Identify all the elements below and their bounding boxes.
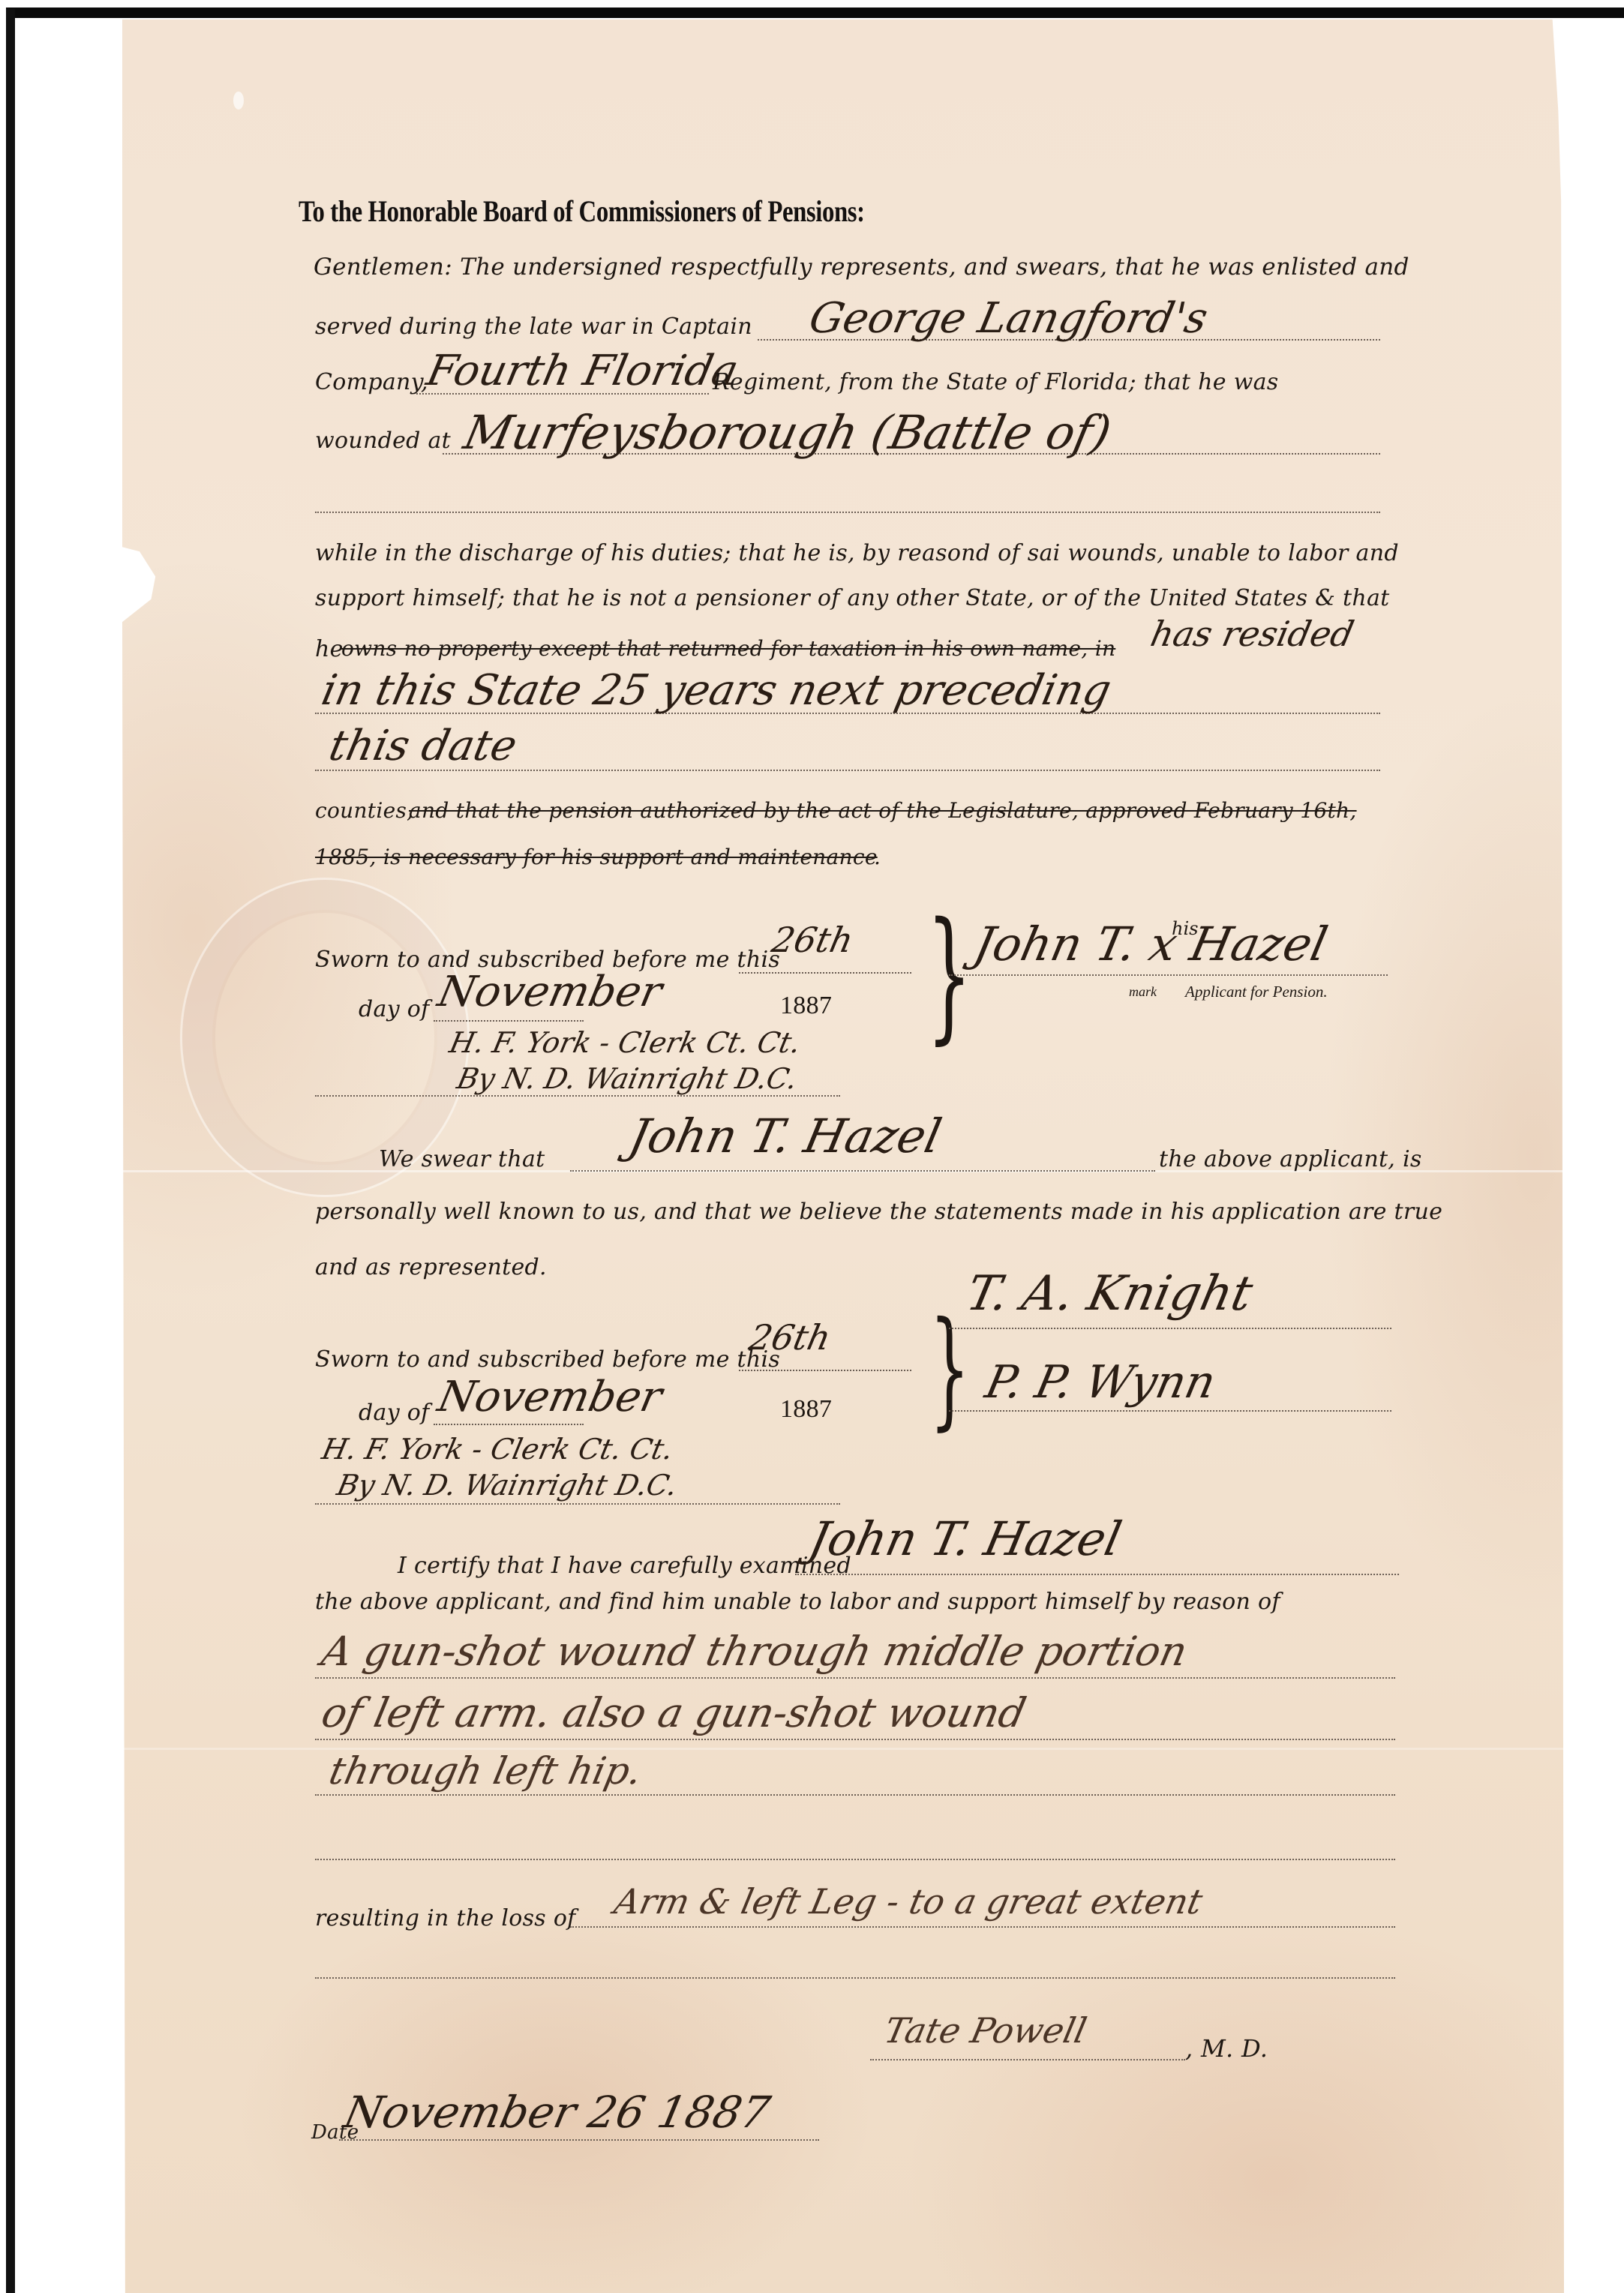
loss-rule-2 xyxy=(315,1977,1395,1979)
sworn-label-2: Sworn to and subscribed before me this xyxy=(315,1346,780,1373)
clerk-line-1a: H. F. York - Clerk Ct. Ct. xyxy=(446,1026,803,1059)
applicant-signature: John T. x Hazel xyxy=(969,917,1332,971)
regiment-label: Regiment, from the State of Florida; tha… xyxy=(713,369,1278,395)
physician-rule xyxy=(870,2059,1185,2060)
date-rule xyxy=(339,2139,819,2141)
applicant-signature-rule xyxy=(949,974,1388,976)
clerk-rule-2 xyxy=(315,1503,840,1505)
legislature-struck: and that the pension authorized by the a… xyxy=(409,798,1357,823)
month-rule-1 xyxy=(434,1020,584,1022)
clerk-line-1b: By N. D. Wainright D.C. xyxy=(454,1062,800,1095)
reason-line-1: A gun-shot wound through middle portion xyxy=(317,1628,1191,1675)
his-label: his xyxy=(1172,918,1198,939)
sworn-day-2: 26th xyxy=(746,1317,834,1358)
blank-rule xyxy=(315,512,1380,513)
unable-line: the above applicant, and find him unable… xyxy=(315,1589,1280,1615)
sworn-day-1: 26th xyxy=(768,920,857,960)
property-struck: owns no property except that returned fo… xyxy=(341,636,1115,661)
date-value: November 26 1887 xyxy=(340,2087,775,2138)
residence-value-1: has resided xyxy=(1147,614,1357,654)
above-applicant-label: the above applicant, is xyxy=(1159,1146,1422,1172)
represented-line: and as represented. xyxy=(315,1254,547,1280)
sworn-year-1: 1887 xyxy=(780,992,832,1020)
reason-line-2: of left arm. also a gun-shot wound xyxy=(317,1689,1030,1736)
day-rule-2 xyxy=(739,1370,911,1371)
regiment-value: Fourth Florida xyxy=(422,347,743,395)
sworn-month-2: November xyxy=(434,1373,666,1421)
applicant-caption: Applicant for Pension. xyxy=(1185,983,1328,1001)
period: . xyxy=(874,845,881,869)
captain-name: George Langford's xyxy=(805,294,1212,343)
witness-1-rule xyxy=(949,1328,1391,1329)
paper-hole xyxy=(233,92,244,110)
known-line: personally well known to us, and that we… xyxy=(315,1199,1442,1225)
counties-prefix: counties, xyxy=(315,798,413,823)
duties-line: while in the discharge of his duties; th… xyxy=(315,540,1399,566)
pensioner-line: support himself; that he is not a pensio… xyxy=(315,585,1390,611)
brace-2: } xyxy=(929,1305,970,1433)
mark-label: mark xyxy=(1129,984,1157,1000)
company-label: Company, xyxy=(315,369,428,395)
property-prefix: he xyxy=(315,636,344,662)
loss-label: resulting in the loss of xyxy=(315,1905,576,1931)
examined-name: John T. Hazel xyxy=(804,1511,1126,1566)
clerk-line-2b: By N. D. Wainright D.C. xyxy=(334,1469,680,1502)
witness-name-rule xyxy=(570,1170,1155,1172)
wounded-label: wounded at xyxy=(315,428,451,454)
reason-rule-4 xyxy=(315,1859,1395,1860)
witness-2-signature: P. P. Wynn xyxy=(981,1356,1220,1409)
clerk-rule-1 xyxy=(315,1095,840,1097)
loss-value: Arm & left Leg - to a great extent xyxy=(611,1881,1206,1922)
reason-rule-3 xyxy=(315,1794,1395,1796)
reason-rule-1 xyxy=(315,1677,1395,1679)
reason-rule-2 xyxy=(315,1739,1395,1740)
sworn-year-2: 1887 xyxy=(780,1395,832,1424)
md-label: , M. D. xyxy=(1185,2034,1268,2063)
scan-frame-top xyxy=(6,8,1624,18)
day-rule-1 xyxy=(739,972,911,974)
intro-line: Gentlemen: The undersigned respectfully … xyxy=(314,254,1409,281)
witness-1-signature: T. A. Knight xyxy=(962,1266,1257,1322)
day-of-label-1: day of xyxy=(359,996,430,1022)
examined-name-rule xyxy=(795,1574,1399,1575)
clerk-line-2a: H. F. York - Clerk Ct. Ct. xyxy=(319,1433,676,1466)
support-struck: 1885, is necessary for his support and m… xyxy=(315,845,878,869)
scan-frame-left xyxy=(6,9,15,2293)
residence-value-2: in this State 25 years next preceding xyxy=(317,666,1115,715)
witness-2-rule xyxy=(949,1410,1391,1412)
we-swear-label: We swear that xyxy=(379,1146,545,1172)
physician-signature: Tate Powell xyxy=(881,2010,1090,2051)
residence-value-3: this date xyxy=(325,722,521,770)
loss-rule xyxy=(570,1926,1395,1928)
captain-label: served during the late war in Captain xyxy=(315,314,752,340)
day-of-label-2: day of xyxy=(359,1400,430,1426)
certify-label: I certify that I have carefully examined xyxy=(398,1553,851,1579)
wounded-location: Murfeysborough (Battle of) xyxy=(459,405,1116,460)
witness-subject-name: John T. Hazel xyxy=(624,1109,946,1163)
reason-line-3: through left hip. xyxy=(326,1749,646,1793)
month-rule-2 xyxy=(434,1424,584,1425)
sworn-month-1: November xyxy=(434,968,666,1016)
document-title: To the Honorable Board of Commissioners … xyxy=(299,194,865,229)
